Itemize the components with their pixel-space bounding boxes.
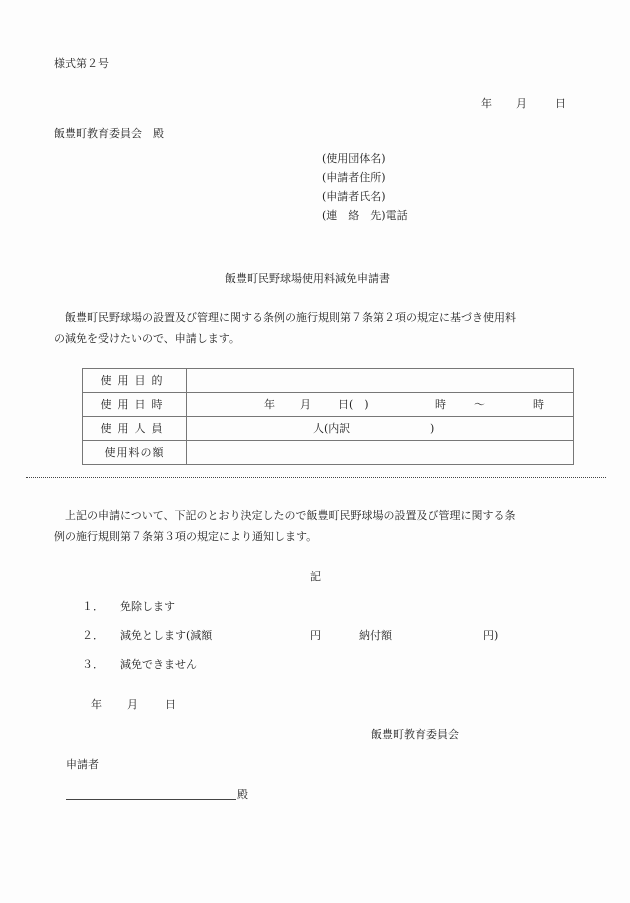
decision-line-1: 上記の申請について、下記のとおり決定したので飯豊町民野球場の設置及び管理に関する… xyxy=(54,510,516,521)
intro-line-1: 飯豊町民野球場の設置及び管理に関する条例の施行規則第７条第２項の規定に基づき使用… xyxy=(54,312,516,323)
option-3-text: 減免できません xyxy=(120,659,197,670)
ki-heading: 記 xyxy=(310,571,321,582)
field-name: (申請者氏名) xyxy=(322,191,386,202)
applicant-label: 申請者 xyxy=(66,759,99,770)
form-number: 様式第２号 xyxy=(54,58,109,69)
option-1-number: １． xyxy=(82,601,104,612)
label-purpose: 使用目的 xyxy=(83,369,187,393)
option-2-text: 減免とします(減額 xyxy=(120,630,212,641)
value-people[interactable]: 人(内訳 ) xyxy=(187,417,574,441)
document-title: 飯豊町民野球場使用料減免申請書 xyxy=(225,273,390,284)
table-row-people: 使用人員 人(内訳 ) xyxy=(83,417,574,441)
field-organization: (使用団体名) xyxy=(322,153,386,164)
applicant-honorific: 殿 xyxy=(237,789,248,800)
decision-date-day: 日 xyxy=(165,699,176,710)
people-count: 人(内訳 xyxy=(313,423,350,434)
cut-line-divider xyxy=(26,477,606,478)
header-date-day: 日 xyxy=(555,98,566,109)
header-date-year: 年 xyxy=(481,98,492,109)
label-fee: 使用料の額 xyxy=(83,441,187,465)
intro-line-2: の減免を受けたいので、申請します。 xyxy=(54,333,240,344)
decision-date-month: 月 xyxy=(127,699,138,710)
option-1-text: 免除します xyxy=(120,601,175,612)
decision-line-2: 例の施行規則第７条第３項の規定により通知します。 xyxy=(54,531,317,542)
option-2-yen-reduction: 円 xyxy=(310,630,321,641)
option-2-yen-paid: 円) xyxy=(483,630,498,641)
table-row-fee: 使用料の額 xyxy=(83,441,574,465)
label-people: 使用人員 xyxy=(83,417,187,441)
dt-hour-start: 時 xyxy=(435,399,446,410)
value-fee[interactable] xyxy=(187,441,574,465)
value-purpose[interactable] xyxy=(187,369,574,393)
option-2-number: ２． xyxy=(82,630,104,641)
dt-year: 年 xyxy=(264,399,275,410)
application-table: 使用目的 使用日時 年 月 日( ) 時 ～ 時 使用人員 人(内訳 ) 使用料… xyxy=(82,368,574,465)
value-datetime[interactable]: 年 月 日( ) 時 ～ 時 xyxy=(187,393,574,417)
option-3-number: ３． xyxy=(82,659,104,670)
dt-month: 月 xyxy=(300,399,311,410)
field-address: (申請者住所) xyxy=(322,172,386,183)
addressee: 飯豊町教育委員会 殿 xyxy=(54,128,164,139)
issuer: 飯豊町教育委員会 xyxy=(371,729,459,740)
table-row-purpose: 使用目的 xyxy=(83,369,574,393)
table-row-datetime: 使用日時 年 月 日( ) 時 ～ 時 xyxy=(83,393,574,417)
dt-day: 日( ) xyxy=(338,399,369,410)
applicant-name-line[interactable] xyxy=(66,799,236,800)
dt-tilde: ～ xyxy=(474,399,485,410)
header-date-month: 月 xyxy=(516,98,527,109)
dt-hour-end: 時 xyxy=(533,399,544,410)
people-close: ) xyxy=(430,423,434,434)
label-datetime: 使用日時 xyxy=(83,393,187,417)
field-contact: (連 絡 先)電話 xyxy=(322,210,408,221)
decision-date-year: 年 xyxy=(91,699,102,710)
option-2-paid-label: 納付額 xyxy=(359,630,392,641)
